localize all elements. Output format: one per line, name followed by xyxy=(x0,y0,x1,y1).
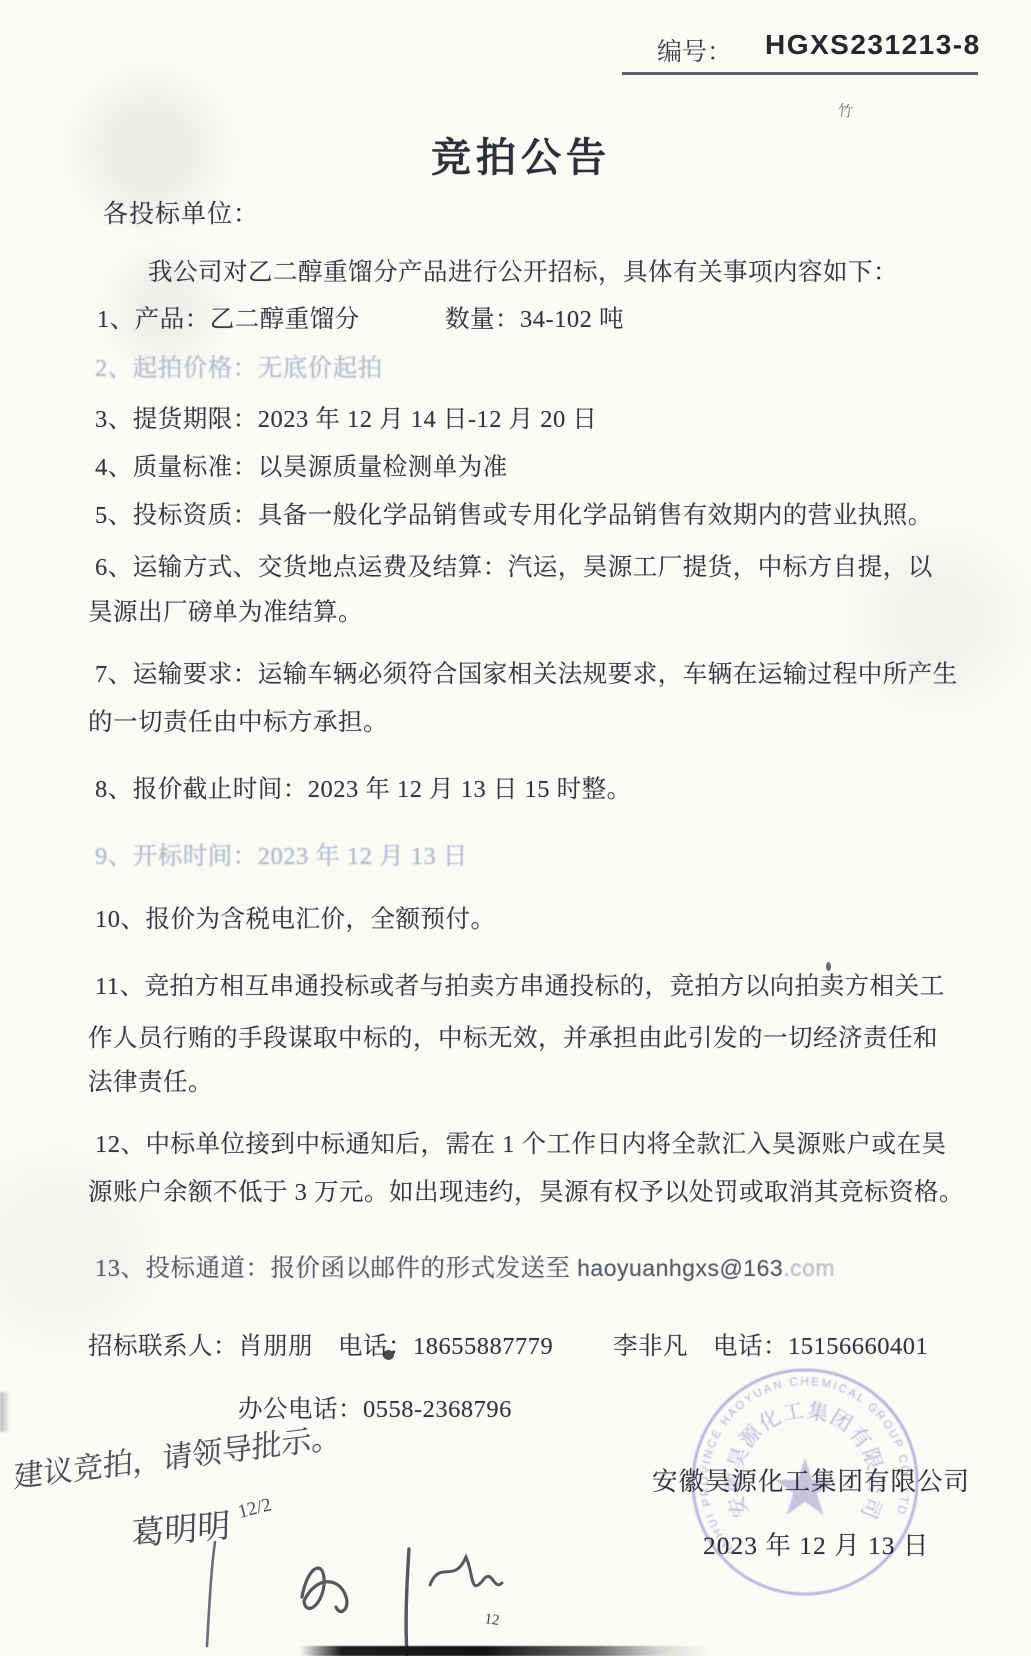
doc-line-item13-prefix: 13、投标通道：报价函以邮件的形式发送至 xyxy=(95,1255,577,1282)
doc-line-item7-l1: 7、运输要求：运输车辆必须符合国家相关法规要求，车辆在运输过程中所产生 xyxy=(95,658,958,692)
doc-line-item7-l2: 的一切责任由中标方承担。 xyxy=(88,706,388,740)
scan-shadow-bar xyxy=(300,1646,710,1656)
doc-line-item4: 4、质量标准：以昊源质量检测单为准 xyxy=(95,451,508,485)
doc-number-underline xyxy=(622,72,978,75)
doc-line-contact-right: 李非凡 电话：15156660401 xyxy=(613,1330,928,1364)
corner-handwriting-mark: 竹 xyxy=(837,99,855,122)
doc-line-item8: 8、报价截止时间：2023 年 12 月 13 日 15 时整。 xyxy=(95,773,632,807)
seal-star-icon xyxy=(775,1458,835,1515)
ink-blot-artifact xyxy=(383,1350,394,1360)
doc-line-contact-left: 招标联系人：肖朋朋 电话：18655887779 xyxy=(88,1330,553,1364)
doc-line-item13: 13、投标通道：报价函以邮件的形式发送至 haoyuanhgxs@163.com xyxy=(95,1251,835,1286)
doc-number-label: 编号： xyxy=(657,32,732,68)
salutation: 各投标单位： xyxy=(103,198,259,232)
page-title: 竞拍公告 xyxy=(431,126,611,183)
intro-paragraph: 我公司对乙二醇重馏分产品进行公开招标，具体有关事项内容如下： xyxy=(148,256,898,290)
doc-line-item13-suffix: .com xyxy=(783,1255,835,1281)
doc-line-item6-l1: 6、运输方式、交货地点运费及结算：汽运，昊源工厂提货，中标方自提，以 xyxy=(95,551,933,585)
approval-signature: 12 xyxy=(288,1545,518,1656)
company-seal: ANHUI PROVINCE HAOYUAN CHEMICAL GROUP CO… xyxy=(685,1362,925,1602)
doc-line-item10: 10、报价为含税电汇价，全额预付。 xyxy=(95,903,496,937)
doc-line-item6-l2: 昊源出厂磅单为准结算。 xyxy=(88,596,363,630)
doc-line-item2: 2、起拍价格：无底价起拍 xyxy=(95,352,383,386)
approval-date-mark: 12 xyxy=(483,1611,500,1629)
doc-line-item11-l2: 作人员行贿的手段谋取中标的，中标无效，并承担由此引发的一切经济责任和 xyxy=(88,1022,938,1056)
doc-line-item11-l1: 11、竞拍方相互串通投标或者与拍卖方串通投标的，竞拍方以向拍卖方相关工 xyxy=(95,970,945,1004)
signature-tail-stroke xyxy=(195,1540,235,1650)
handwritten-note: 建议竞拍，请领导批示。 xyxy=(13,1412,341,1497)
scanned-auction-notice: 编号： HGXS231213-8 竹 竞拍公告 各投标单位： 我公司对乙二醇重馏… xyxy=(0,0,1031,1656)
doc-line-item5: 5、投标资质：具备一般化学品销售或专用化学品销售有效期内的营业执照。 xyxy=(95,499,933,533)
doc-line-item3: 3、提货期限：2023 年 12 月 14 日-12 月 20 日 xyxy=(95,403,597,437)
doc-line-item11-l3: 法律责任。 xyxy=(88,1066,213,1100)
doc-line-item13-email: haoyuanhgxs@163 xyxy=(577,1255,783,1281)
ink-speck-artifact xyxy=(826,962,831,971)
doc-line-item9: 9、开标时间：2023 年 12 月 13 日 xyxy=(95,840,468,874)
scan-edge-smudge xyxy=(0,1392,10,1432)
doc-line-item1-qty: 数量：34-102 吨 xyxy=(445,303,624,337)
doc-line-item12-l1: 12、中标单位接到中标通知后，需在 1 个工作日内将全款汇入昊源账户或在昊 xyxy=(95,1128,947,1162)
doc-line-item1-left: 1、产品：乙二醇重馏分 xyxy=(97,303,360,337)
doc-line-item12-l2: 源账户余额不低于 3 万元。如出现违约，昊源有权予以处罚或取消其竞标资格。 xyxy=(88,1176,964,1210)
doc-number-value: HGXS231213-8 xyxy=(765,29,981,61)
handwritten-signer-date: 12/2 xyxy=(236,1494,274,1524)
